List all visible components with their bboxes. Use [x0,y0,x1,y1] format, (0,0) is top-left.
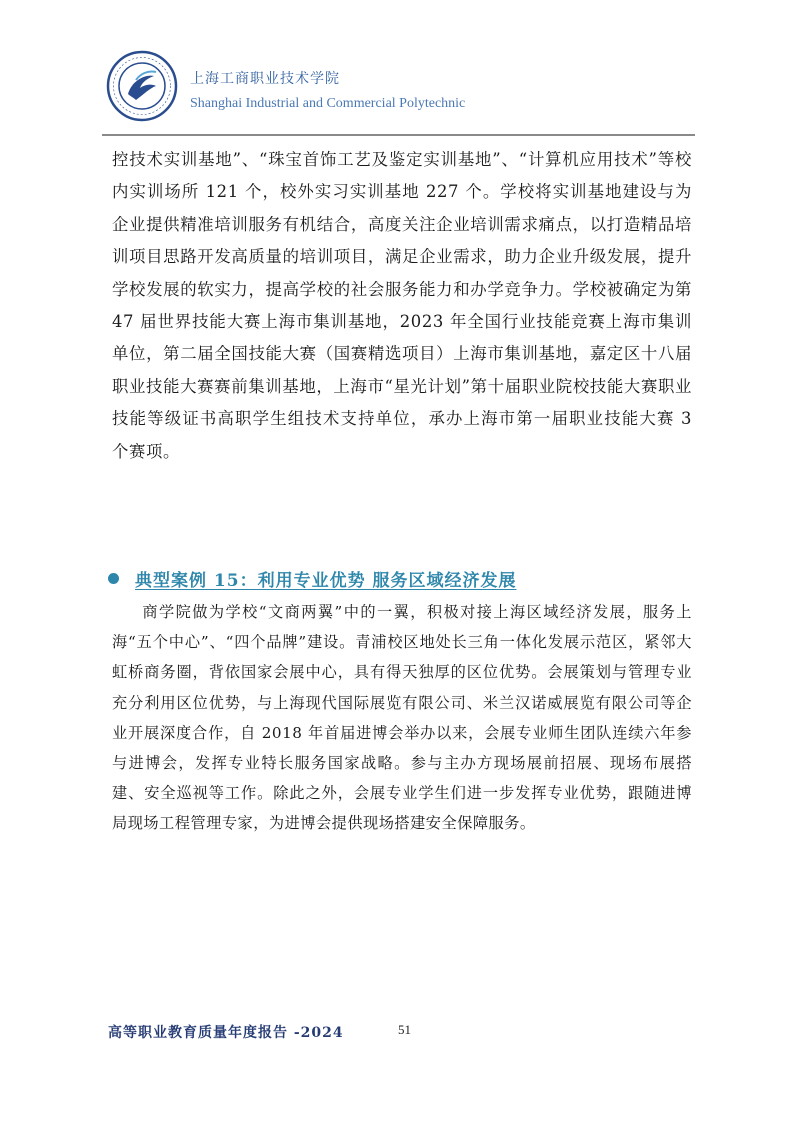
school-name-cn: 上海工商职业技术学院 [190,68,465,88]
case-title: 典型案例 15：利用专业优势 服务区域经济发展 [135,566,517,591]
body-paragraph-1: 控技术实训基地”、“珠宝首饰工艺及鉴定实训基地”、“计算机应用技术”等校内实训场… [112,144,692,468]
body-paragraph-2: 商学院做为学校“文商两翼”中的一翼，积极对接上海区域经济发展，服务上海“五个中心… [112,597,692,839]
paragraph-text: 控技术实训基地”、“珠宝首饰工艺及鉴定实训基地”、“计算机应用技术”等校内实训场… [112,144,692,468]
school-name-en: Shanghai Industrial and Commercial Polyt… [190,96,465,112]
report-title: 高等职业教育质量年度报告 -2024 [108,1022,344,1042]
page-footer: 高等职业教育质量年度报告 -2024 51 [108,1022,344,1042]
page-number: 51 [398,1022,411,1038]
school-emblem-icon [106,50,178,122]
header-divider [102,134,695,136]
bullet-dot-icon [108,573,119,584]
page-header: 上海工商职业技术学院 Shanghai Industrial and Comme… [102,50,695,135]
case-heading: 典型案例 15：利用专业优势 服务区域经济发展 [108,566,517,591]
paragraph-text: 商学院做为学校“文商两翼”中的一翼，积极对接上海区域经济发展，服务上海“五个中心… [112,597,692,839]
